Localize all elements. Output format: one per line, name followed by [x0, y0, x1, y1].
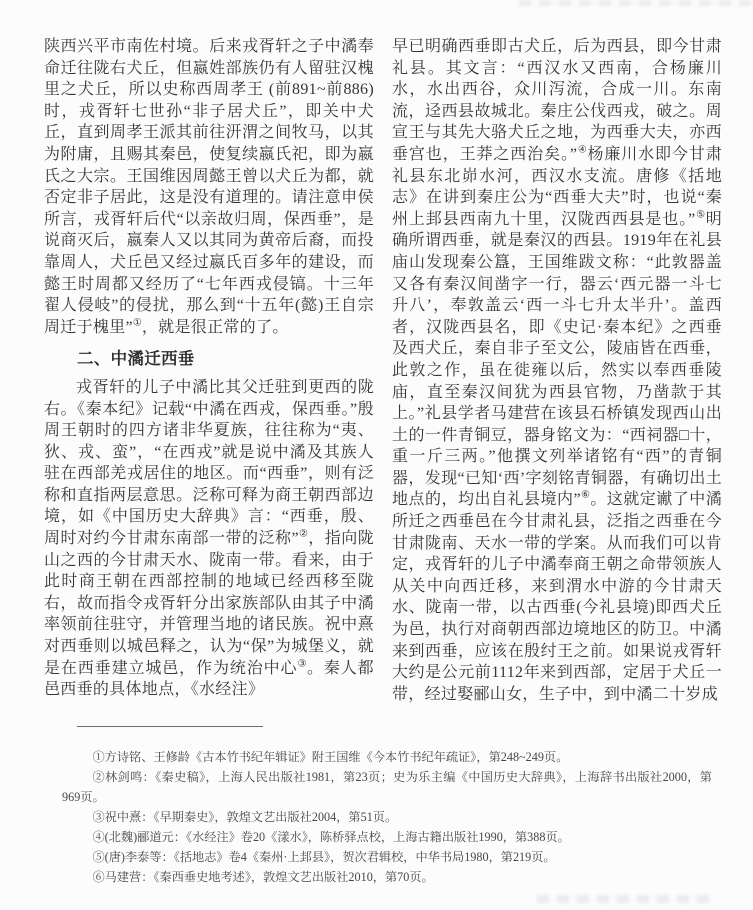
left-column: 陕西兴平市南佐村境。后来戎胥轩之子中潏奉命迁往陇右犬丘，但嬴姓部族仍有人留驻汉槐… — [44, 36, 374, 705]
cropped-footer-artifact — [537, 895, 715, 903]
footnote-area: ①方诗铭、王修龄《古本竹书纪年辑证》附王国维《今本竹书纪年疏证》，第248~24… — [62, 726, 712, 887]
footnote-marker: ⑤ — [696, 209, 706, 220]
footnote-4: ④(北魏)郦道元：《水经注》卷20《漾水》，陈桥驿点校，上海古籍出版社1990，… — [62, 827, 712, 847]
footnote-5: ⑤(唐)李泰等：《括地志》卷4《秦州·上邽县》，贺次君辑校，中华书局1980，第… — [62, 847, 712, 867]
text-columns: 陕西兴平市南佐村境。后来戎胥轩之子中潏奉命迁往陇右犬丘，但嬴姓部族仍有人留驻汉槐… — [44, 36, 722, 705]
footnote-6: ⑥马建营：《秦西垂史地考述》，敦煌文艺出版社2010，第70页。 — [62, 867, 712, 887]
book-page: 陕西兴平市南佐村境。后来戎胥轩之子中潏奉命迁往陇右犬丘，但嬴姓部族仍有人留驻汉槐… — [0, 0, 753, 910]
footnote-1: ①方诗铭、王修龄《古本竹书纪年辑证》附王国维《今本竹书纪年疏证》，第248~24… — [62, 747, 712, 767]
right-column: 早已明确西垂即古犬丘，后为西县，即今甘肃礼县。其文言：“西汉水又西南，合杨廉川水… — [392, 36, 722, 705]
left-paragraph-2: 戎胥轩的儿子中潏比其父迁驻到更西的陇右。《秦本纪》记载“中潏在西戎，保西垂。”殷… — [44, 377, 374, 701]
footnote-marker: ⑥ — [581, 490, 590, 501]
right-paragraph-1: 早已明确西垂即古犬丘，后为西县，即今甘肃礼县。其文言：“西汉水又西南，合杨廉川水… — [392, 36, 722, 705]
footnote-list: ①方诗铭、王修龄《古本竹书纪年辑证》附王国维《今本竹书纪年疏证》，第248~24… — [62, 747, 712, 887]
footnote-marker: ③ — [297, 658, 307, 669]
footnote-marker: ④ — [577, 145, 587, 156]
section-heading: 二、中潏迁西垂 — [44, 348, 374, 370]
footnote-marker: ② — [299, 529, 308, 540]
left-paragraph-1: 陕西兴平市南佐村境。后来戎胥轩之子中潏奉命迁往陇右犬丘，但嬴姓部族仍有人留驻汉槐… — [44, 36, 374, 338]
cropped-header-artifact — [519, 0, 751, 6]
footnote-2: ②林剑鸣：《秦史稿》，上海人民出版社1981，第23页；史为乐主编《中国历史大辞… — [62, 767, 712, 807]
footnote-marker: ① — [133, 317, 142, 328]
footnote-divider — [77, 726, 263, 727]
footnote-3: ③祝中熹：《早期秦史》，敦煌文艺出版社2004，第51页。 — [62, 807, 712, 827]
